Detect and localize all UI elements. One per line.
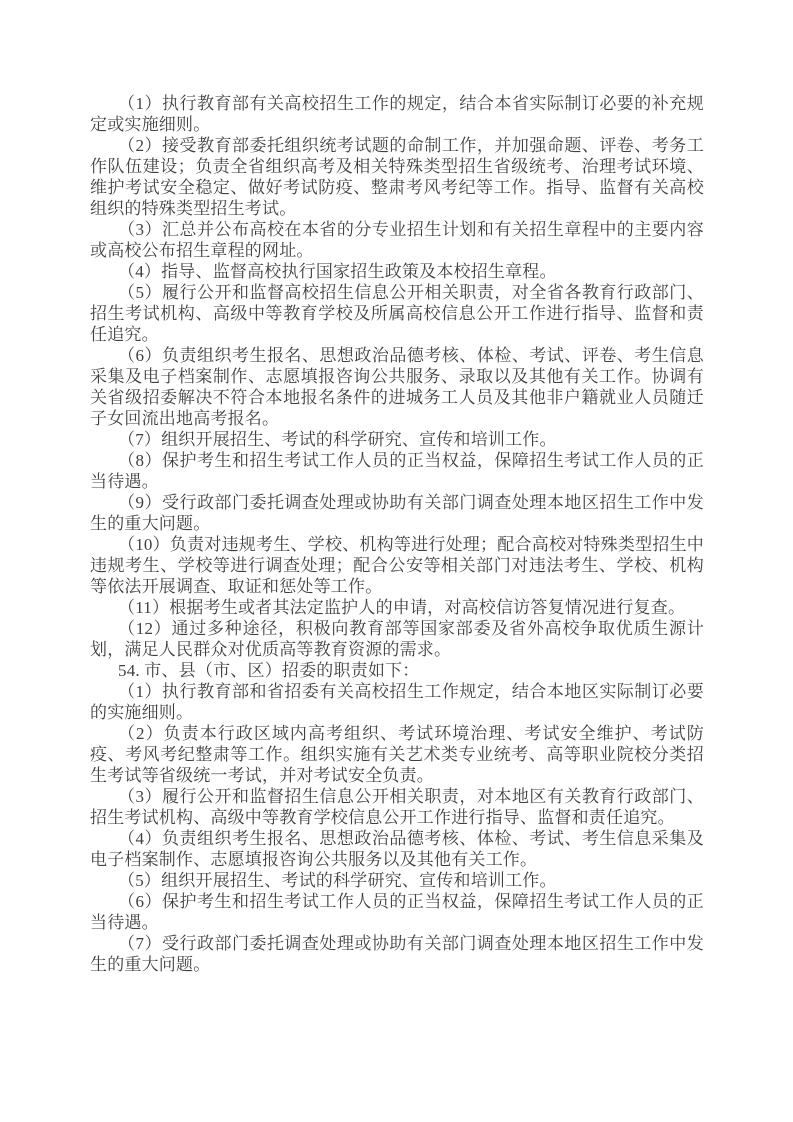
duty-item-4: （4）指导、监督高校执行国家招生政策及本校招生章程。	[90, 261, 704, 282]
duty-item-8: （8）保护考生和招生考试工作人员的正当权益，保障招生考试工作人员的正当待遇。	[90, 450, 704, 492]
city-county-duty-item-2: （2）负责本行政区域内高考组织、考试环境治理、考试安全维护、考试防疫、考风考纪整…	[90, 723, 704, 786]
city-county-duty-item-7: （7）受行政部门委托调查处理或协助有关部门调查处理本地区招生工作中发生的重大问题…	[90, 933, 704, 975]
city-county-duty-item-3: （3）履行公开和监督招生信息公开相关职责，对本地区有关教育行政部门、招生考试机构…	[90, 786, 704, 828]
duty-item-1: （1）执行教育部有关高校招生工作的规定，结合本省实际制订必要的补充规定或实施细则…	[90, 93, 704, 135]
section-54-heading: 54. 市、县（市、区）招委的职责如下：	[90, 660, 704, 681]
duty-item-12: （12）通过多种途径，积极向教育部等国家部委及省外高校争取优质生源计划，满足人民…	[90, 618, 704, 660]
city-county-duty-item-1: （1）执行教育部和省招委有关高校招生工作规定，结合本地区实际制订必要的实施细则。	[90, 681, 704, 723]
document-body: （1）执行教育部有关高校招生工作的规定，结合本省实际制订必要的补充规定或实施细则…	[90, 93, 704, 975]
duty-item-3: （3）汇总并公布高校在本省的分专业招生计划和有关招生章程中的主要内容或高校公布招…	[90, 219, 704, 261]
city-county-duty-item-6: （6）保护考生和招生考试工作人员的正当权益，保障招生考试工作人员的正当待遇。	[90, 891, 704, 933]
city-county-duty-item-4: （4）负责组织考生报名、思想政治品德考核、体检、考试、考生信息采集及电子档案制作…	[90, 828, 704, 870]
duty-item-7: （7）组织开展招生、考试的科学研究、宣传和培训工作。	[90, 429, 704, 450]
duty-item-9: （9）受行政部门委托调查处理或协助有关部门调查处理本地区招生工作中发生的重大问题…	[90, 492, 704, 534]
duty-item-6: （6）负责组织考生报名、思想政治品德考核、体检、考试、评卷、考生信息采集及电子档…	[90, 345, 704, 429]
duty-item-11: （11）根据考生或者其法定监护人的申请，对高校信访答复情况进行复查。	[90, 597, 704, 618]
duty-item-2: （2）接受教育部委托组织统考试题的命制工作，并加强命题、评卷、考务工作队伍建设；…	[90, 135, 704, 219]
duty-item-10: （10）负责对违规考生、学校、机构等进行处理；配合高校对特殊类型招生中违规考生、…	[90, 534, 704, 597]
duty-item-5: （5）履行公开和监督高校招生信息公开相关职责，对全省各教育行政部门、招生考试机构…	[90, 282, 704, 345]
document-page: （1）执行教育部有关高校招生工作的规定，结合本省实际制订必要的补充规定或实施细则…	[0, 0, 793, 1122]
city-county-duty-item-5: （5）组织开展招生、考试的科学研究、宣传和培训工作。	[90, 870, 704, 891]
